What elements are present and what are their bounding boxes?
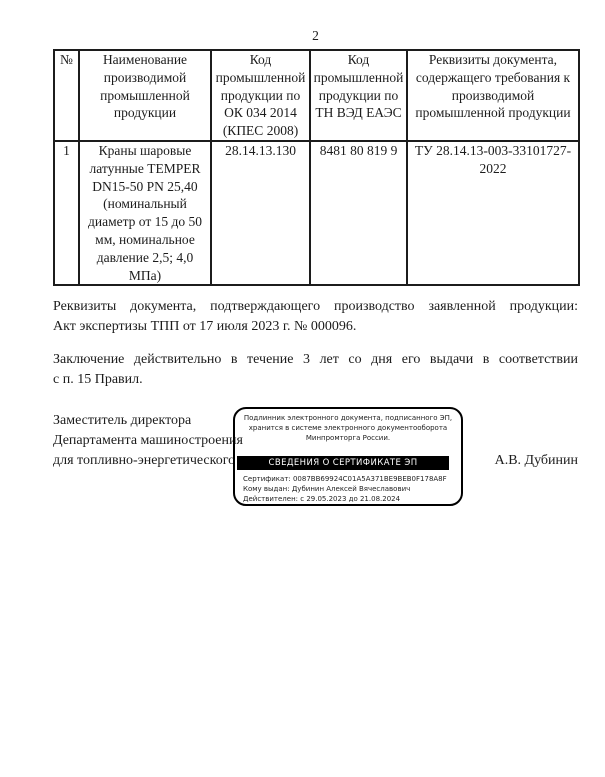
- stamp-certificate-line: Сертификат: 0087BB69924C01A5A371BE9BEB0F…: [243, 474, 461, 484]
- header-okpd-code: Код промышленной продукции по ОК 034 201…: [211, 50, 310, 141]
- stamp-header-text: Подлинник электронного документа, подпис…: [235, 413, 461, 443]
- validity-line2: с п. 15 Правил.: [53, 370, 578, 390]
- validity-paragraph: Заключение действительно в течение 3 лет…: [53, 350, 578, 390]
- supporting-document-line1: Реквизиты документа, подтверждающего про…: [53, 297, 578, 317]
- stamp-header-line3: Минпромторга России.: [235, 433, 461, 443]
- signature-block: Заместитель директора Департамента машин…: [53, 411, 578, 531]
- cell-okpd-code: 28.14.13.130: [211, 141, 310, 285]
- cell-tnved-code: 8481 80 819 9: [310, 141, 407, 285]
- stamp-issued-to-line: Кому выдан: Дубинин Алексей Вячеславович: [243, 484, 461, 494]
- document-page: 2 № Наименование производимой промышленн…: [0, 0, 605, 777]
- stamp-header-line2: хранится в системе электронного документ…: [235, 423, 461, 433]
- supporting-document-paragraph: Реквизиты документа, подтверждающего про…: [53, 297, 578, 337]
- cell-product-name: Краны шаровые латунные TEMPER DN15-50 PN…: [79, 141, 211, 285]
- signatory-name: А.В. Дубинин: [495, 451, 578, 471]
- page-number: 2: [53, 28, 578, 44]
- stamp-title-bar: СВЕДЕНИЯ О СЕРТИФИКАТЕ ЭП: [237, 456, 449, 470]
- stamp-header-line1: Подлинник электронного документа, подпис…: [235, 413, 461, 423]
- table-row: 1 Краны шаровые латунные TEMPER DN15-50 …: [54, 141, 579, 285]
- electronic-signature-stamp: Подлинник электронного документа, подпис…: [233, 407, 463, 506]
- products-table: № Наименование производимой промышленной…: [53, 49, 580, 286]
- header-requirements-document: Реквизиты документа, содержащего требова…: [407, 50, 579, 141]
- header-product-name: Наименование производимой промышленной п…: [79, 50, 211, 141]
- cell-row-number: 1: [54, 141, 79, 285]
- validity-line1: Заключение действительно в течение 3 лет…: [53, 350, 578, 370]
- supporting-document-line2: Акт экспертизы ТПП от 17 июля 2023 г. № …: [53, 317, 578, 337]
- stamp-certificate-details: Сертификат: 0087BB69924C01A5A371BE9BEB0F…: [235, 474, 461, 504]
- stamp-valid-line: Действителен: с 29.05.2023 до 21.08.2024: [243, 494, 461, 504]
- header-tnved-code: Код промышленной продукции по ТН ВЭД ЕАЭ…: [310, 50, 407, 141]
- header-row-number: №: [54, 50, 79, 141]
- cell-requirements-document: ТУ 28.14.13-003-33101727-2022: [407, 141, 579, 285]
- table-header-row: № Наименование производимой промышленной…: [54, 50, 579, 141]
